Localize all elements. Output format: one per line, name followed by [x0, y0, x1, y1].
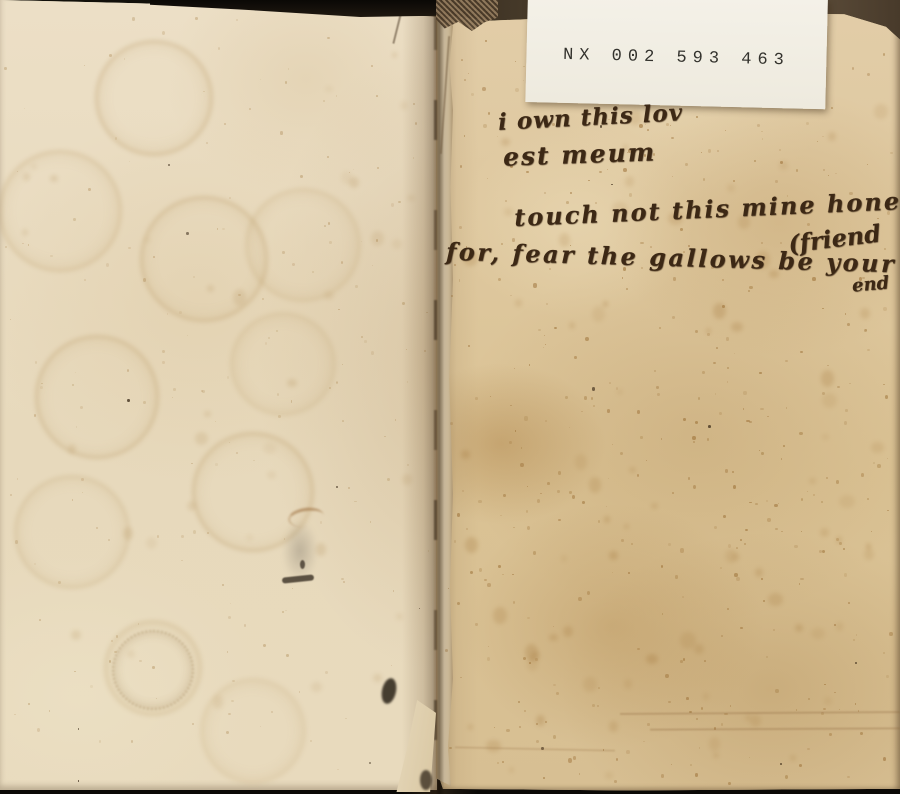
left-blank-page: [0, 0, 437, 790]
binding-dark-mark: [420, 770, 432, 790]
ring-stain: [14, 475, 130, 589]
ink-smudge: [300, 560, 305, 569]
ring-stain: [200, 678, 306, 784]
shelfmark-label: NX 002 593 463: [525, 0, 828, 109]
inscription-line: end: [851, 272, 890, 296]
open-book-scan: NX 002 593 463 i own this lov est meum t…: [0, 0, 900, 794]
ring-stain: [230, 312, 336, 416]
ink-smudge: [282, 574, 314, 583]
shelfmark-number: NX 002 593 463: [563, 31, 791, 70]
ring-stain: [0, 150, 122, 272]
ring-stain: [35, 335, 159, 459]
ring-stain: [95, 40, 213, 156]
ink-smudge: [282, 520, 318, 582]
ring-stain: [245, 188, 361, 302]
inscription-line: est meum: [503, 137, 657, 171]
faint-round-stamp: [112, 630, 194, 710]
